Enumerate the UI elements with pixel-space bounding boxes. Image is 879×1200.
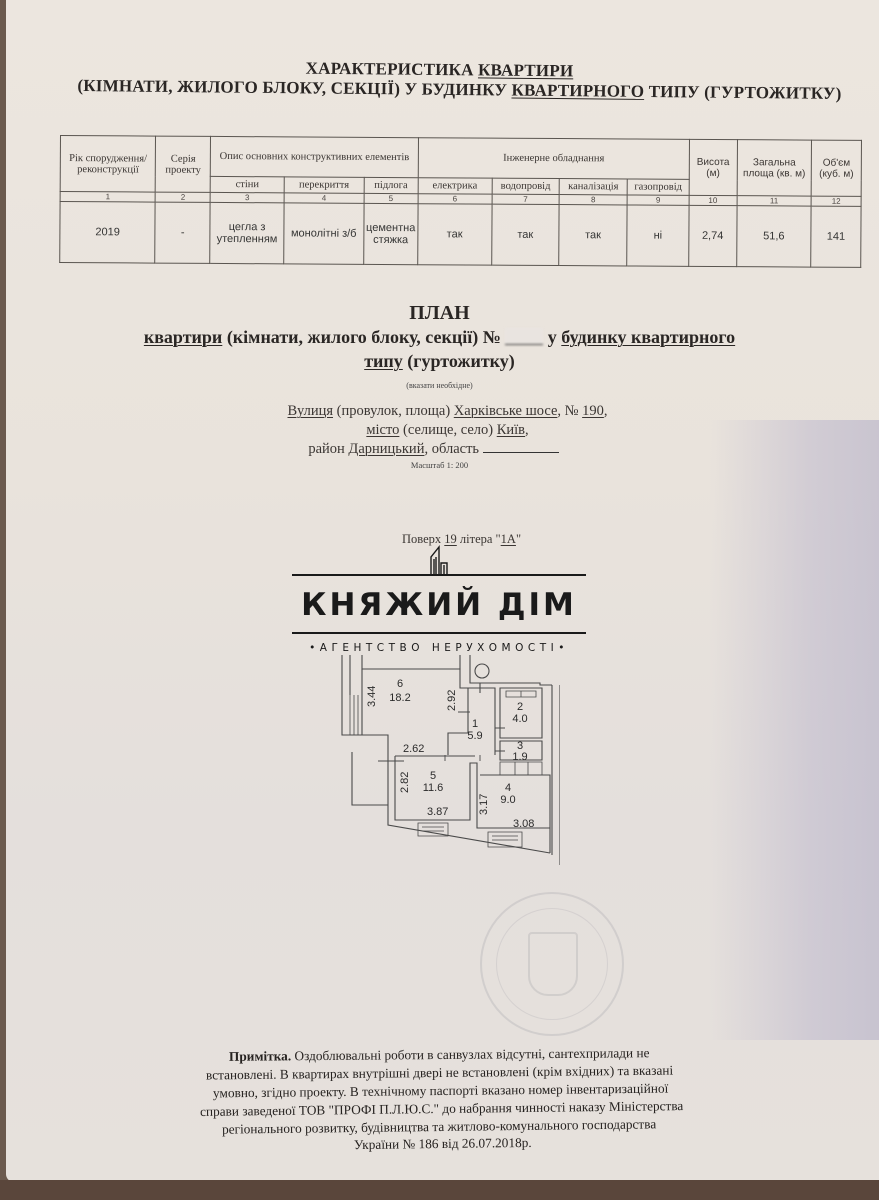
dimension-2-92: 2.92 [446, 690, 458, 711]
dimension-3-08: 3.08 [513, 818, 534, 830]
header-structural: Опис основних конструктивних елементів [210, 136, 418, 177]
column-number: 4 [284, 193, 364, 203]
note-line-6: України № 186 від 26.07.2018р. [354, 1134, 532, 1153]
column-number: 2 [156, 192, 211, 202]
logo-rule-top [292, 574, 586, 576]
column-number: 11 [737, 196, 812, 206]
header-walls: стіни [210, 176, 284, 192]
cell-floor: цементна стяжка [363, 203, 418, 264]
header-sewer: каналізація [559, 179, 627, 195]
column-number: 3 [210, 192, 284, 202]
dimension-3-44: 3.44 [366, 686, 378, 707]
room-6-area: 18.2 [389, 692, 410, 704]
header-area: Загальна площа (кв. м) [737, 140, 812, 196]
street-hint: (провулок, площа) [333, 403, 454, 419]
header-floor: підлога [364, 177, 418, 193]
letter-label: літера " [457, 532, 501, 546]
title-underlined: КВАРТИРНОГО [511, 81, 644, 101]
column-number: 9 [627, 195, 689, 205]
table-row: 2019 - цегла з утепленням монолітні з/б … [60, 202, 861, 268]
district-label: район [308, 441, 348, 457]
agency-watermark-logo: КНЯЖИЙ ДІМ •АГЕНТСТВО НЕРУХОМОСТІ• [292, 545, 586, 657]
title-text: ХАРАКТЕРИСТИКА [306, 59, 479, 80]
room-4-area: 9.0 [500, 794, 515, 806]
note-text: Оздоблювальні роботи в санвузлах відсутн… [291, 1045, 649, 1063]
dimension-3-87: 3.87 [427, 806, 448, 818]
plan-text: (гуртожитку) [403, 351, 515, 371]
street-label: Вулиця [287, 403, 333, 419]
address-city: місто (селище, село) Київ, [8, 421, 879, 440]
city-label: місто [366, 422, 399, 438]
cell-ceilings: монолітні з/б [284, 203, 364, 264]
room-3-area: 1.9 [512, 751, 527, 763]
dimension-3-17: 3.17 [478, 794, 490, 815]
logo-rule-bottom [292, 632, 586, 634]
number-label: , № [557, 403, 582, 419]
plan-text: у [543, 327, 561, 347]
header-gas: газопровід [627, 179, 689, 195]
cell-area: 51,6 [736, 206, 811, 267]
city-value: Київ [497, 422, 525, 438]
dimension-2-82: 2.82 [399, 772, 411, 793]
background-surface [0, 1180, 879, 1200]
header-engineering: Інженерне обладнання [418, 138, 689, 180]
letter-value: 1А [501, 532, 516, 546]
agency-name: КНЯЖИЙ ДІМ [292, 587, 586, 623]
plan-subtitle-line1: квартири (кімнати, жилого блоку, секції)… [0, 326, 879, 348]
column-number: 1 [60, 192, 156, 203]
header-year: Рік спорудження/ реконструкції [60, 136, 156, 193]
plan-title: ПЛАН [0, 302, 879, 325]
letter-suffix: " [516, 532, 521, 546]
official-stamp [480, 892, 624, 1036]
title-text: (КІМНАТИ, ЖИЛОГО БЛОКУ, СЕКЦІЇ) У БУДИНК… [77, 76, 511, 100]
cell-water: так [491, 204, 559, 265]
address-district: район Дарницький, область [0, 440, 873, 459]
column-number: 12 [811, 196, 861, 206]
cell-gas: ні [627, 205, 689, 266]
scale-label: Масштаб 1: 200 [0, 460, 879, 470]
address-street: Вулиця (провулок, площа) Харківське шосе… [8, 402, 879, 421]
cell-series: - [155, 202, 210, 263]
note-label: Примітка. [229, 1048, 291, 1064]
apartment-floor-plan: 6 18.2 1 5.9 2 4.0 3 1.9 4 9.0 5 11.6 3.… [340, 655, 560, 865]
floor-label: Поверх [402, 532, 444, 546]
room-5-number: 5 [430, 770, 436, 782]
room-1-number: 1 [472, 718, 478, 730]
room-2-number: 2 [517, 701, 523, 713]
plan-text: будинку квартирного [561, 327, 735, 347]
room-1-area: 5.9 [467, 730, 482, 742]
room-4-number: 4 [505, 782, 511, 794]
street-value: Харківське шосе [454, 403, 558, 419]
plan-hint: (вказати необхідне) [0, 381, 879, 390]
column-number: 7 [492, 194, 560, 204]
plan-text: квартири [144, 327, 222, 347]
city-hint: (селище, село) [399, 422, 496, 438]
room-2-area: 4.0 [512, 713, 527, 725]
district-value: Дарницький [348, 441, 424, 457]
plan-text: типу [364, 351, 403, 371]
title-text: ТИПУ (ГУРТОЖИТКУ) [644, 82, 842, 103]
title-underlined: КВАРТИРИ [478, 60, 573, 80]
cell-sewer: так [559, 205, 627, 266]
header-ceilings: перекриття [284, 177, 364, 193]
cell-year: 2019 [60, 202, 156, 264]
agency-tagline: •АГЕНТСТВО НЕРУХОМОСТІ• [292, 642, 586, 654]
room-5-area: 11.6 [423, 782, 444, 794]
characteristics-table: Рік спорудження/ реконструкції Серія про… [59, 135, 862, 268]
dimension-2-62: 2.62 [403, 743, 424, 755]
region-label: , область [424, 441, 482, 457]
plan-text: (кімнати, жилого блоку, секції) № [222, 327, 505, 347]
building-icon [423, 545, 453, 577]
column-number: 5 [364, 193, 418, 203]
floor-value: 19 [444, 532, 457, 546]
cell-volume: 141 [811, 206, 861, 267]
header-water: водопровід [492, 178, 560, 194]
cell-electric: так [418, 204, 492, 265]
header-volume: Об'єм (куб. м) [811, 140, 861, 196]
number-value: 190 [582, 403, 604, 419]
room-6-number: 6 [397, 678, 403, 690]
header-height: Висота (м) [689, 139, 737, 195]
plan-subtitle-line2: типу (гуртожитку) [0, 350, 879, 372]
trident-emblem-icon [528, 932, 578, 996]
header-series: Серія проекту [156, 136, 211, 192]
column-number: 8 [559, 195, 627, 205]
redacted-apartment-number [505, 328, 543, 345]
column-number: 6 [418, 194, 492, 204]
header-electric: електрика [418, 178, 492, 194]
region-blank [483, 440, 559, 453]
column-number: 10 [689, 195, 737, 205]
cell-height: 2,74 [689, 205, 737, 266]
cell-walls: цегла з утепленням [210, 202, 284, 263]
